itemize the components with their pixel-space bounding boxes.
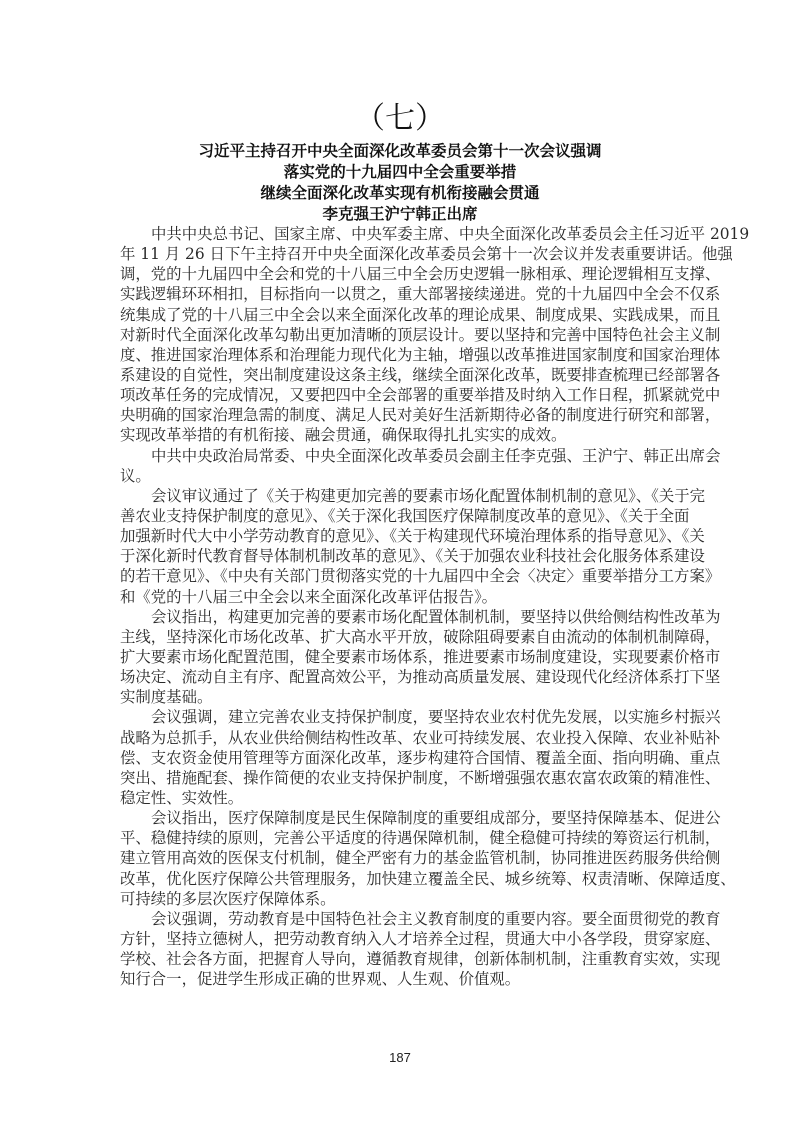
text-line: 会议指出，医疗保障制度是民生保障制度的重要组成部分，要坚持保障基本、促进公 — [120, 808, 682, 828]
paragraph: 会议指出，构建更加完善的要素市场化配置体制机制，要坚持以供给侧结构性改革为主线，… — [120, 607, 682, 708]
paragraph: 会议强调，建立完善农业支持保护制度，要坚持农业农村优先发展，以实施乡村振兴战略为… — [120, 707, 682, 808]
text-line: 可持续的多层次医疗保障体系。 — [120, 889, 682, 909]
heading-line: 李克强王沪宁韩正出席 — [0, 204, 800, 225]
text-line: 统集成了党的十八届三中全会以来全面深化改革的理论成果、制度成果、实践成果，而且 — [120, 305, 682, 325]
text-line: 央明确的国家治理急需的制度、满足人民对美好生活新期待必备的制度进行研究和部署， — [120, 405, 682, 425]
paragraph: 会议审议通过了《关于构建更加完善的要素市场化配置体制机制的意见》、《关于完善农业… — [120, 486, 682, 607]
text-line: 议。 — [120, 466, 682, 486]
text-line: 会议指出，构建更加完善的要素市场化配置体制机制，要坚持以供给侧结构性改革为 — [120, 607, 682, 627]
text-line: 稳定性、实效性。 — [120, 788, 682, 808]
text-line: 会议强调，劳动教育是中国特色社会主义教育制度的重要内容。要全面贯彻党的教育 — [120, 909, 682, 929]
text-line: 中共中央政治局常委、中央全面深化改革委员会副主任李克强、王沪宁、韩正出席会 — [120, 446, 682, 466]
text-line: 系建设的自觉性，突出制度建设这条主线，继续全面深化改革，既要排查梳理已经部署各 — [120, 365, 682, 385]
text-line: 实践逻辑环环相扣，目标指向一以贯之，重大部署接续递进。党的十九届四中全会不仅系 — [120, 284, 682, 304]
article-heading: 习近平主持召开中央全面深化改革委员会第十一次会议强调 落实党的十九届四中全会重要… — [0, 141, 800, 225]
text-line: 加强新时代大中小学劳动教育的意见》、《关于构建现代环境治理体系的指导意见》、《关 — [120, 526, 682, 546]
text-line: 实现改革举措的有机衔接、融会贯通，确保取得扎扎实实的成效。 — [120, 425, 682, 445]
page-number: 187 — [0, 1050, 800, 1065]
text-line: 的若干意见》、《中央有关部门贯彻落实党的十九届四中全会〈决定〉重要举措分工方案》 — [120, 566, 682, 586]
text-line: 会议审议通过了《关于构建更加完善的要素市场化配置体制机制的意见》、《关于完 — [120, 486, 682, 506]
text-line: 知行合一，促进学生形成正确的世界观、人生观、价值观。 — [120, 969, 682, 989]
text-line: 实制度基础。 — [120, 687, 682, 707]
heading-line: 继续全面深化改革实现有机衔接融会贯通 — [0, 183, 800, 204]
text-line: 改革，优化医疗保障公共管理服务，加快建立覆盖全民、城乡统筹、权责清晰、保障适度、 — [120, 869, 682, 889]
paragraph: 会议指出，医疗保障制度是民生保障制度的重要组成部分，要坚持保障基本、促进公平、稳… — [120, 808, 682, 909]
text-line: 突出、措施配套、操作简便的农业支持保护制度，不断增强强农惠农富农政策的精准性、 — [120, 768, 682, 788]
text-line: 战略为总抓手，从农业供给侧结构性改革、农业可持续发展、农业投入保障、农业补贴补 — [120, 728, 682, 748]
text-line: 会议强调，建立完善农业支持保护制度，要坚持农业农村优先发展，以实施乡村振兴 — [120, 707, 682, 727]
text-line: 扩大要素市场化配置范围，健全要素市场体系，推进要素市场制度建设，实现要素价格市 — [120, 647, 682, 667]
text-line: 方针，坚持立德树人，把劳动教育纳入人才培养全过程，贯通大中小各学段，贯穿家庭、 — [120, 929, 682, 949]
text-line: 场决定、流动自主有序、配置高效公平，为推动高质量发展、建设现代化经济体系打下坚 — [120, 667, 682, 687]
document-page: （七） 习近平主持召开中央全面深化改革委员会第十一次会议强调 落实党的十九届四中… — [0, 0, 800, 1133]
text-line: 中共中央总书记、国家主席、中央军委主席、中央全面深化改革委员会主任习近平 201… — [120, 224, 682, 244]
paragraph: 中共中央政治局常委、中央全面深化改革委员会副主任李克强、王沪宁、韩正出席会议。 — [120, 446, 682, 486]
text-line: 主线，坚持深化市场化改革、扩大高水平开放，破除阻碍要素自由流动的体制机制障碍， — [120, 627, 682, 647]
paragraph: 会议强调，劳动教育是中国特色社会主义教育制度的重要内容。要全面贯彻党的教育方针，… — [120, 909, 682, 990]
text-line: 对新时代全面深化改革勾勒出更加清晰的顶层设计。要以坚持和完善中国特色社会主义制 — [120, 325, 682, 345]
text-line: 善农业支持保护制度的意见》、《关于深化我国医疗保障制度改革的意见》、《关于全面 — [120, 506, 682, 526]
text-line: 和《党的十八届三中全会以来全面深化改革评估报告》。 — [120, 587, 682, 607]
heading-line: 习近平主持召开中央全面深化改革委员会第十一次会议强调 — [0, 141, 800, 162]
text-line: 调，党的十九届四中全会和党的十八届三中全会历史逻辑一脉相承、理论逻辑相互支撑、 — [120, 264, 682, 284]
heading-line: 落实党的十九届四中全会重要举措 — [0, 162, 800, 183]
text-line: 平、稳健持续的原则，完善公平适度的待遇保障机制，健全稳健可持续的筹资运行机制， — [120, 828, 682, 848]
text-line: 于深化新时代教育督导体制机制改革的意见》、《关于加强农业科技社会化服务体系建设 — [120, 546, 682, 566]
article-body: 中共中央总书记、国家主席、中央军委主席、中央全面深化改革委员会主任习近平 201… — [120, 224, 682, 989]
text-line: 度、推进国家治理体系和治理能力现代化为主轴，增强以改革推进国家制度和国家治理体 — [120, 345, 682, 365]
text-line: 项改革任务的完成情况，又要把四中全会部署的重要举措及时纳入工作日程，抓紧就党中 — [120, 385, 682, 405]
section-number: （七） — [0, 99, 800, 139]
text-line: 年 11 月 26 日下午主持召开中央全面深化改革委员会第十一次会议并发表重要讲… — [120, 244, 682, 264]
text-line: 学校、社会各方面，把握育人导向，遵循教育规律，创新体制机制，注重教育实效，实现 — [120, 949, 682, 969]
text-line: 建立管用高效的医保支付机制，健全严密有力的基金监管机制，协同推进医药服务供给侧 — [120, 848, 682, 868]
paragraph: 中共中央总书记、国家主席、中央军委主席、中央全面深化改革委员会主任习近平 201… — [120, 224, 682, 446]
text-line: 偿、支农资金使用管理等方面深化改革，逐步构建符合国情、覆盖全面、指向明确、重点 — [120, 748, 682, 768]
